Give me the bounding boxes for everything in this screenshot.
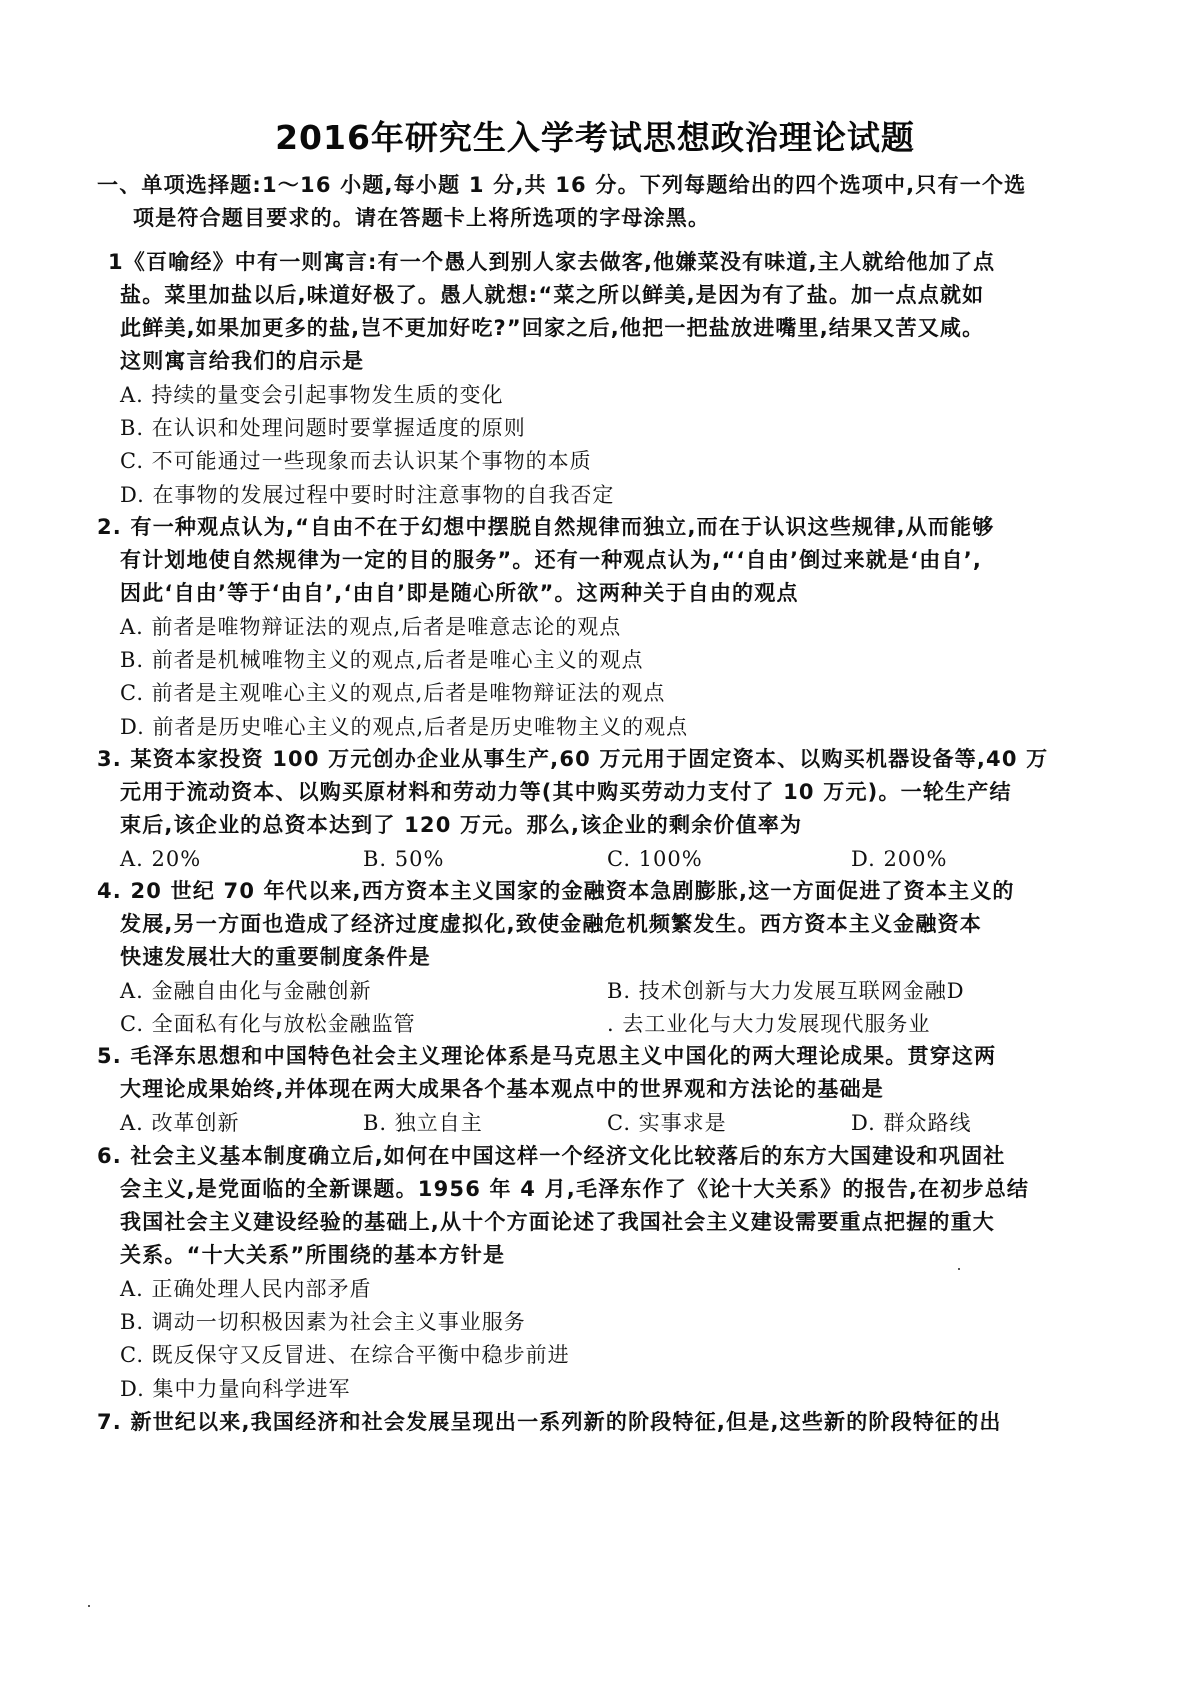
scan-speck (958, 1268, 960, 1270)
option-b: B. 调动一切积极因素为社会主义事业服务 (120, 1307, 526, 1337)
question-stem-line: 发展,另一方面也造成了经济过度虚拟化,致使金融危机频繁发生。西方资本主义金融资本 (120, 909, 982, 939)
option-d: D. 在事物的发展过程中要时时注意事物的自我否定 (120, 480, 614, 510)
option-a: A. 前者是唯物辩证法的观点,后者是唯意志论的观点 (120, 612, 621, 642)
question-stem-line: 1《百喻经》中有一则寓言:有一个愚人到别人家去做客,他嫌菜没有味道,主人就给他加… (108, 247, 995, 277)
option-c: C. 既反保守又反冒进、在综合平衡中稳步前进 (120, 1340, 570, 1370)
question-stem-line: 此鲜美,如果加更多的盐,岂不更加好吃?”回家之后,他把一把盐放进嘴里,结果又苦又… (120, 313, 984, 343)
option-c: C. 100% (607, 844, 703, 874)
question-stem-line: 6. 社会主义基本制度确立后,如何在中国这样一个经济文化比较落后的东方大国建设和… (97, 1141, 1005, 1171)
option-d: D. 群众路线 (851, 1108, 971, 1138)
option-a: A. 20% (120, 844, 201, 874)
option-c: C. 不可能通过一些现象而去认识某个事物的本质 (120, 446, 592, 476)
question-stem-line: 元用于流动资本、以购买原材料和劳动力等(其中购买劳动力支付了 10 万元)。一轮… (120, 777, 1012, 807)
question-stem-line: 4. 20 世纪 70 年代以来,西方资本主义国家的金融资本急剧膨胀,这一方面促… (97, 876, 1015, 906)
option-b: B. 独立自主 (363, 1108, 483, 1138)
question-stem-line: 有计划地使自然规律为一定的目的服务”。还有一种观点认为,“‘自由’倒过来就是‘由… (120, 545, 982, 575)
question-stem-line: 这则寓言给我们的启示是 (120, 346, 364, 376)
option-b: B. 前者是机械唯物主义的观点,后者是唯心主义的观点 (120, 645, 643, 675)
question-stem-line: 2. 有一种观点认为,“自由不在于幻想中摆脱自然规律而独立,而在于认识这些规律,… (97, 512, 994, 542)
option-b: B. 技术创新与大力发展互联网金融D (607, 976, 965, 1006)
question-stem-line: 束后,该企业的总资本达到了 120 万元。那么,该企业的剩余价值率为 (120, 810, 802, 840)
option-a: A. 持续的量变会引起事物发生质的变化 (120, 380, 504, 410)
option-d: . 去工业化与大力发展现代服务业 (607, 1009, 930, 1039)
option-a: A. 金融自由化与金融创新 (120, 976, 372, 1006)
option-a: A. 正确处理人民内部矛盾 (120, 1274, 372, 1304)
option-d: D. 前者是历史唯心主义的观点,后者是历史唯物主义的观点 (120, 712, 688, 742)
option-b: B. 在认识和处理问题时要掌握适度的原则 (120, 413, 526, 443)
option-d: D. 集中力量向科学进军 (120, 1374, 350, 1404)
question-stem-line: 关系。“十大关系”所围绕的基本方针是 (120, 1240, 505, 1270)
question-stem-line: 5. 毛泽东思想和中国特色社会主义理论体系是马克思主义中国化的两大理论成果。贯穿… (97, 1041, 996, 1071)
exam-page: 2016年研究生入学考试思想政治理论试题 一、单项选择题:1～16 小题,每小题… (0, 0, 1190, 1683)
question-stem-line: 7. 新世纪以来,我国经济和社会发展呈现出一系列新的阶段特征,但是,这些新的阶段… (97, 1407, 1002, 1437)
option-d: D. 200% (851, 844, 947, 874)
question-stem-line: 我国社会主义建设经验的基础上,从十个方面论述了我国社会主义建设需要重点把握的重大 (120, 1207, 995, 1237)
option-c: C. 实事求是 (607, 1108, 727, 1138)
page-title: 2016年研究生入学考试思想政治理论试题 (0, 112, 1190, 159)
question-stem-line: 盐。菜里加盐以后,味道好极了。愚人就想:“菜之所以鲜美,是因为有了盐。加一点点就… (120, 280, 984, 310)
question-stem-line: 3. 某资本家投资 100 万元创办企业从事生产,60 万元用于固定资本、以购买… (97, 744, 1048, 774)
option-c: C. 全面私有化与放松金融监管 (120, 1009, 416, 1039)
option-a: A. 改革创新 (120, 1108, 240, 1138)
question-stem-line: 因此‘自由’等于‘由自’,‘由自’即是随心所欲”。这两种关于自由的观点 (120, 578, 799, 608)
question-stem-line: 快速发展壮大的重要制度条件是 (120, 942, 431, 972)
question-stem-line: 大理论成果始终,并体现在两大成果各个基本观点中的世界观和方法论的基础是 (120, 1074, 884, 1104)
question-stem-line: 会主义,是党面临的全新课题。1956 年 4 月,毛泽东作了《论十大关系》的报告… (120, 1174, 1029, 1204)
section-instructions-line-2: 项是符合题目要求的。请在答题卡上将所选项的字母涂黑。 (133, 203, 710, 233)
option-b: B. 50% (363, 844, 444, 874)
section-instructions-line-1: 一、单项选择题:1～16 小题,每小题 1 分,共 16 分。下列每题给出的四个… (97, 170, 1026, 200)
scan-speck (88, 1605, 90, 1607)
option-c: C. 前者是主观唯心主义的观点,后者是唯物辩证法的观点 (120, 678, 665, 708)
